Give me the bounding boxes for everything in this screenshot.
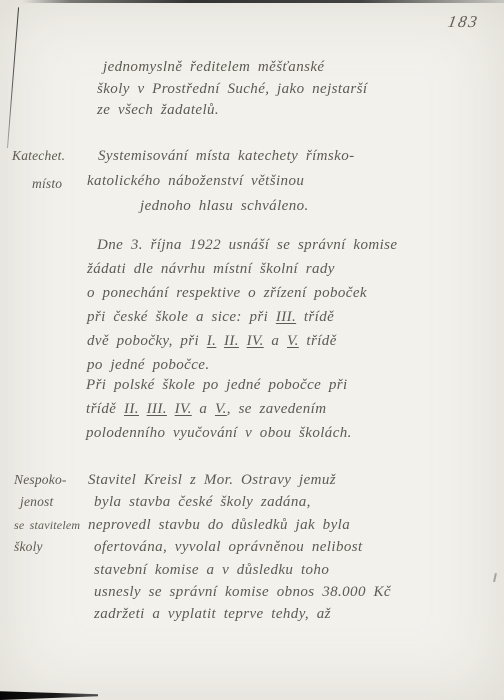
scan-shadow-bottom-left bbox=[0, 690, 98, 700]
paragraph-board-resolution: Dne 3. října 1922 usnáší se správní komi… bbox=[87, 233, 397, 377]
margin-note-line: jenost bbox=[20, 491, 80, 513]
paragraph-catechist-post: Systemisování místa katechety římsko- ka… bbox=[87, 144, 355, 219]
margin-note-line: školy bbox=[14, 536, 80, 558]
stray-ink-mark bbox=[493, 573, 496, 582]
handwritten-line: ofertována, vyvolal oprávněnou nelibost bbox=[94, 536, 391, 558]
paragraph-director-election: jednomyslně ředitelem měšťanské školy v … bbox=[97, 57, 367, 122]
handwritten-line: usnesly se správní komise obnos 38.000 K… bbox=[94, 581, 391, 603]
handwritten-line: Dne 3. října 1922 usnáší se správní komi… bbox=[97, 233, 397, 257]
margin-note-line: místo bbox=[32, 170, 65, 198]
handwritten-line: zadržeti a vyplatit teprve tehdy, až bbox=[94, 603, 391, 625]
handwritten-line: o ponechání respektive o zřízení poboček bbox=[87, 281, 397, 305]
handwritten-line: polodenního vyučování v obou školách. bbox=[86, 421, 352, 445]
margin-note-line: Katechet. bbox=[12, 142, 65, 170]
manuscript-page: 183 jednomyslně ředitelem měšťanské škol… bbox=[0, 0, 504, 700]
paragraph-polish-school: Při polské škole po jedné pobočce při tř… bbox=[86, 373, 352, 445]
handwritten-line: jednoho hlasu schváleno. bbox=[140, 194, 355, 219]
handwritten-line: třídě II. III. IV. a V., se zavedením bbox=[86, 397, 352, 421]
handwritten-line: byla stavba české školy zadána, bbox=[94, 491, 391, 513]
margin-note-line: se stavitelem bbox=[14, 514, 80, 536]
handwritten-line: Při polské škole po jedné pobočce při bbox=[86, 373, 352, 397]
handwritten-line: žádati dle návrhu místní školní rady bbox=[87, 257, 397, 281]
scan-edge-top bbox=[22, 0, 504, 3]
handwritten-line: neprovedl stavbu do důsledků jak byla bbox=[88, 514, 391, 536]
page-crease-line bbox=[7, 7, 19, 148]
handwritten-line: školy v Prostřední Suché, jako nejstarší bbox=[97, 79, 367, 101]
margin-note-katechet-misto: Katechet. místo bbox=[12, 142, 65, 198]
page-number: 183 bbox=[446, 12, 480, 32]
handwritten-line: Systemisování místa katechety římsko- bbox=[98, 144, 355, 169]
margin-note-nespokojenost: Nespoko- jenost se stavitelem školy bbox=[14, 469, 80, 559]
handwritten-line: jednomyslně ředitelem měšťanské bbox=[103, 57, 367, 79]
handwritten-line: při české škole a sice: při III. třídě bbox=[87, 305, 397, 329]
handwritten-line: katolického náboženství většinou bbox=[87, 169, 355, 194]
paragraph-builder-dispute: Stavitel Kreisl z Mor. Ostravy jemuž byl… bbox=[88, 469, 391, 626]
handwritten-line: ze všech žadatelů. bbox=[97, 100, 367, 122]
margin-note-line: Nespoko- bbox=[14, 469, 80, 491]
handwritten-line: dvě pobočky, při I. II. IV. a V. třídě bbox=[87, 329, 397, 353]
handwritten-line: Stavitel Kreisl z Mor. Ostravy jemuž bbox=[88, 469, 391, 491]
handwritten-line: stavební komise a v důsledku toho bbox=[94, 559, 391, 581]
